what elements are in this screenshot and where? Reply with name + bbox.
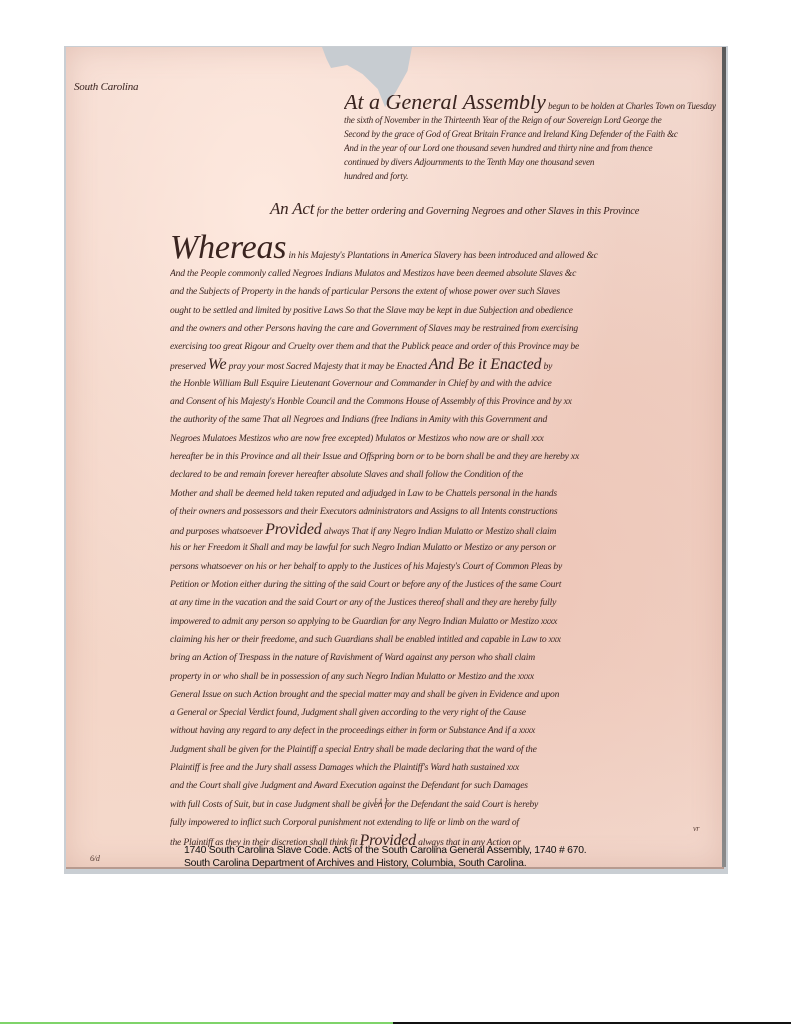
body-line: the Honble William Bull Esquire Lieutena… xyxy=(170,375,720,393)
body-line: Plaintiff is free and the Jury shall ass… xyxy=(170,759,720,777)
heading-line: Second by the grace of God of Great Brit… xyxy=(344,127,716,141)
heading-line: the sixth of November in the Thirteenth … xyxy=(344,113,716,127)
act-title-lead: An Act xyxy=(270,199,314,218)
body-line: and Consent of his Majesty's Honble Coun… xyxy=(170,393,720,411)
act-title-rest: for the better ordering and Governing Ne… xyxy=(317,206,639,217)
be-it-enacted-emphasis: And Be it Enacted xyxy=(429,356,542,373)
body-line: and the owners and other Persons having … xyxy=(170,320,720,338)
body-line: And the People commonly called Negroes I… xyxy=(170,265,720,283)
corner-mark: 6/d xyxy=(90,854,100,863)
body-line: declared to be and remain forever hereaf… xyxy=(170,466,720,484)
page-number-mark: [ 1 ] xyxy=(374,797,387,806)
heading-line: continued by divers Adjournments to the … xyxy=(344,155,716,169)
body-line: and the Court shall give Judgment and Aw… xyxy=(170,777,720,795)
opening-word: Whereas xyxy=(170,233,286,265)
source-caption: 1740 South Carolina Slave Code. Acts of … xyxy=(184,845,586,870)
body-line-text: and purposes whatsoever xyxy=(170,526,263,537)
body-line-text: pray your most Sacred Majesty that it ma… xyxy=(229,361,427,372)
body-line: hereafter be in this Province and all th… xyxy=(170,448,720,466)
body-line: Judgment shall be given for the Plaintif… xyxy=(170,741,720,759)
body-line: of their owners and possessors and their… xyxy=(170,503,720,521)
body-line: fully impowered to inflict such Corporal… xyxy=(170,814,720,832)
page-edge xyxy=(722,47,726,867)
body-line: General Issue on such Action brought and… xyxy=(170,686,720,704)
body-line: exercising too great Rigour and Cruelty … xyxy=(170,338,720,356)
heading-line: hundred and forty. xyxy=(344,169,716,183)
assembly-heading: At a General Assembly begun to be holden… xyxy=(344,95,716,183)
body-line: at any time in the vacation and the said… xyxy=(170,594,720,612)
body-line: impowered to admit any person so applyin… xyxy=(170,613,720,631)
body-line: preserved We pray your most Sacred Majes… xyxy=(170,356,720,374)
body-line: his or her Freedom it Shall and may be l… xyxy=(170,539,720,557)
body-line: and the Subjects of Property in the hand… xyxy=(170,283,720,301)
heading-line-1: At a General Assembly begun to be holden… xyxy=(344,95,716,113)
body-line: property in or who shall be in possessio… xyxy=(170,668,720,686)
body-line: claiming his her or their freedome, and … xyxy=(170,631,720,649)
body-line-text: always That if any Negro Indian Mulatto … xyxy=(324,526,556,537)
body-line: Negroes Mulatoes Mestizos who are now fr… xyxy=(170,430,720,448)
body-line: persons whatsoever on his or her behalf … xyxy=(170,558,720,576)
caption-line-2: South Carolina Department of Archives an… xyxy=(184,858,586,871)
body-line: a General or Special Verdict found, Judg… xyxy=(170,704,720,722)
heading-line: And in the year of our Lord one thousand… xyxy=(344,141,716,155)
body-line: Whereas in his Majesty's Plantations in … xyxy=(170,233,720,265)
body-line: with full Costs of Suit, but in case Jud… xyxy=(170,796,720,814)
act-title: An Act for the better ordering and Gover… xyxy=(270,199,639,219)
body-line: ought to be settled and limited by posit… xyxy=(170,302,720,320)
we-pray-emphasis: We xyxy=(208,356,227,373)
body-line: Petition or Motion either during the sit… xyxy=(170,576,720,594)
state-label: South Carolina xyxy=(74,81,138,93)
body-line-text: by xyxy=(543,361,552,372)
corner-mark: vr xyxy=(693,824,699,833)
body-line: bring an Action of Trespass in the natur… xyxy=(170,649,720,667)
caption-line-1: 1740 South Carolina Slave Code. Acts of … xyxy=(184,845,586,858)
body-line-text: in his Majesty's Plantations in America … xyxy=(289,250,598,261)
heading-title: At a General Assembly xyxy=(344,95,546,113)
manuscript-page: South Carolina At a General Assembly beg… xyxy=(66,47,724,869)
body-line: the authority of the same That all Negro… xyxy=(170,411,720,429)
act-body: Whereas in his Majesty's Plantations in … xyxy=(170,233,720,851)
provided-emphasis: Provided xyxy=(265,521,321,538)
body-line-text: preserved xyxy=(170,361,206,372)
body-line: without having any regard to any defect … xyxy=(170,722,720,740)
body-line: and purposes whatsoever Provided always … xyxy=(170,521,720,539)
heading-text: begun to be holden at Charles Town on Tu… xyxy=(548,101,716,111)
body-line: Mother and shall be deemed held taken re… xyxy=(170,485,720,503)
